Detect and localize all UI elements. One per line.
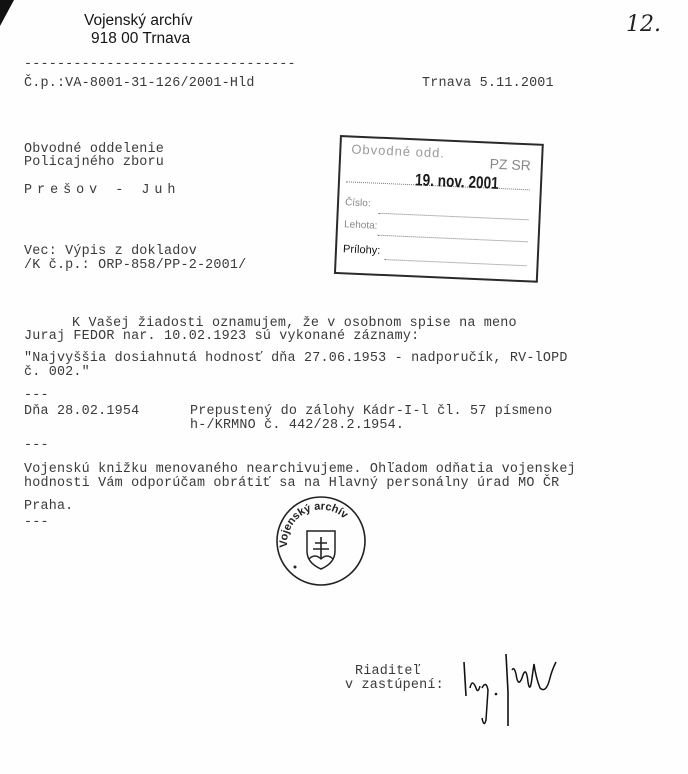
recipient-line-2: Policajného zboru: [24, 155, 164, 170]
signatory-deputy: v zastúpení:: [345, 678, 444, 693]
recipient-line-3: Prešov - Juh: [24, 183, 180, 198]
body-text: "Najvyššia dosiahnutá hodnosť dňa 27.06.…: [24, 351, 568, 366]
stamp-rule: [378, 235, 528, 243]
body-text: Juraj FEDOR nar. 10.02.1923 sú vykonané …: [24, 329, 419, 344]
body-text: Vojenskú knižku menovaného nearchivujeme…: [24, 462, 576, 477]
stamp-rule: [379, 213, 529, 221]
stamp-heading: Obvodné odd.: [351, 142, 445, 161]
stamp-heading-right: PZ SR: [489, 156, 531, 174]
official-seal-icon: Vojenský archív: [275, 495, 367, 587]
body-text: č. 002.": [24, 365, 90, 380]
body-text: hodnosti Vám odporúčam obrátiť sa na Hla…: [24, 476, 559, 491]
stamp-field-label: Lehota:: [344, 219, 378, 231]
stamp-field-label: Prílohy:: [343, 243, 381, 257]
stamp-field-label: Číslo:: [345, 197, 371, 209]
record-text: h-/KRMNO č. 442/28.2.1954.: [190, 418, 404, 433]
stamp-date: 19. nov. 2001: [415, 170, 499, 194]
place-date: Trnava 5.11.2001: [422, 76, 554, 91]
separator: ---: [24, 515, 49, 530]
reference-number: Č.p.:VA-8001-31-126/2001-Hld: [24, 76, 255, 91]
body-text: Praha.: [24, 499, 73, 514]
record-text: Prepustený do zálohy Kádr-I-l čl. 57 pís…: [190, 404, 552, 419]
record-date: Dňa 28.02.1954: [24, 404, 139, 419]
organization-address: 918 00 Trnava: [91, 30, 190, 48]
received-stamp: Obvodné odd. PZ SR 19. nov. 2001 Číslo: …: [334, 135, 544, 283]
subject-line: Vec: Výpis z dokladov: [24, 244, 197, 259]
scan-corner-mark: [0, 0, 14, 26]
separator: ---: [24, 438, 49, 453]
scanned-letter: Vojenský archív 918 00 Trnava 12. ------…: [0, 0, 688, 774]
subject-reference: /K č.p.: ORP-858/PP-2-2001/: [24, 258, 246, 273]
signatory-title: Riaditeľ: [355, 664, 421, 679]
dash-divider: ---------------------------------: [24, 57, 296, 72]
handwritten-signature-icon: [456, 648, 566, 728]
stamp-rule: [385, 259, 527, 266]
svg-text:Vojenský archív: Vojenský archív: [278, 500, 351, 547]
organization-name: Vojenský archív: [84, 12, 193, 30]
separator: ---: [24, 388, 49, 403]
page-number: 12.: [626, 12, 661, 37]
